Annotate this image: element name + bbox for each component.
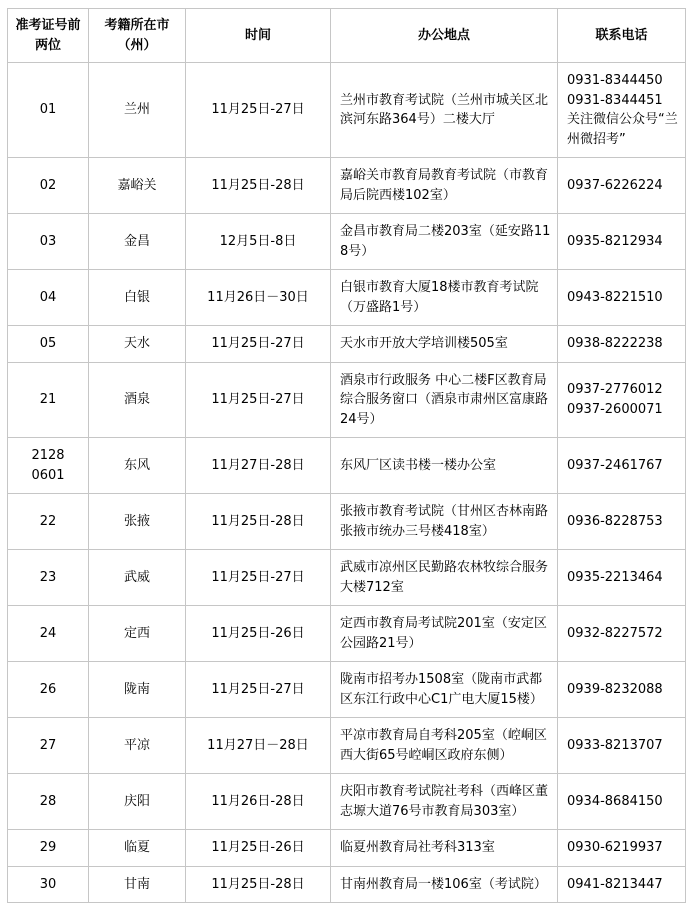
cell-office: 武威市凉州区民勤路农林牧综合服务大楼712室 [331,550,558,606]
cell-office: 定西市教育局考试院201室（安定区公园路21号） [331,606,558,662]
cell-city: 白银 [89,270,186,326]
table-row: 05天水11月25日-27日天水市开放大学培训楼505室0938-8222238 [8,326,686,363]
cell-time: 11月25日-28日 [186,494,331,550]
cell-code: 30 [8,866,89,903]
table-row: 04白银11月26日－30日白银市教育大厦18楼市教育考试院（万盛路1号）094… [8,270,686,326]
cell-office: 天水市开放大学培训楼505室 [331,326,558,363]
header-row: 准考证号前 两位 考籍所在市 （州） 时间 办公地点 联系电话 [8,9,686,63]
table-row: 22张掖11月25日-28日张掖市教育考试院（甘州区杏林南路张掖市统办三号楼41… [8,494,686,550]
cell-office: 甘南州教育局一楼106室（考试院） [331,866,558,903]
header-cell-time: 时间 [186,9,331,63]
cell-code: 04 [8,270,89,326]
table-row: 01兰州11月25日-27日兰州市教育考试院（兰州市城关区北滨河东路364号）二… [8,63,686,158]
cell-code: 2128 0601 [8,438,89,494]
cell-phone: 0937-2776012 0937-2600071 [558,362,686,438]
cell-phone: 0936-8228753 [558,494,686,550]
cell-time: 11月25日-28日 [186,158,331,214]
page: 准考证号前 两位 考籍所在市 （州） 时间 办公地点 联系电话 01兰州11月2… [0,0,692,909]
cell-code: 02 [8,158,89,214]
cell-city: 酒泉 [89,362,186,438]
cell-office: 兰州市教育考试院（兰州市城关区北滨河东路364号）二楼大厅 [331,63,558,158]
table-row: 24定西11月25日-26日定西市教育局考试院201室（安定区公园路21号）09… [8,606,686,662]
table-row: 23武威11月25日-27日武威市凉州区民勤路农林牧综合服务大楼712室0935… [8,550,686,606]
cell-code: 26 [8,662,89,718]
cell-time: 11月25日-27日 [186,662,331,718]
cell-time: 12月5日-8日 [186,214,331,270]
cell-time: 11月25日-27日 [186,362,331,438]
cell-office: 白银市教育大厦18楼市教育考试院（万盛路1号） [331,270,558,326]
cell-time: 11月25日-27日 [186,63,331,158]
cell-phone: 0931-8344450 0931-8344451 关注微信公众号“兰州微招考” [558,63,686,158]
cell-office: 酒泉市行政服务 中心二楼F区教育局综合服务窗口（酒泉市肃州区富康路24号） [331,362,558,438]
cell-time: 11月26日－30日 [186,270,331,326]
cell-code: 28 [8,774,89,830]
cell-city: 天水 [89,326,186,363]
cell-office: 临夏州教育局社考科313室 [331,830,558,867]
cell-code: 29 [8,830,89,867]
cell-time: 11月25日-27日 [186,550,331,606]
cell-office: 张掖市教育考试院（甘州区杏林南路张掖市统办三号楼418室） [331,494,558,550]
cell-office: 金昌市教育局二楼203室（延安路118号） [331,214,558,270]
header-cell-phone: 联系电话 [558,9,686,63]
header-cell-city: 考籍所在市 （州） [89,9,186,63]
cell-phone: 0933-8213707 [558,718,686,774]
cell-phone: 0930-6219937 [558,830,686,867]
cell-phone: 0943-8221510 [558,270,686,326]
cell-code: 01 [8,63,89,158]
cell-phone: 0937-6226224 [558,158,686,214]
cell-city: 庆阳 [89,774,186,830]
table-row: 30甘南11月25日-28日甘南州教育局一楼106室（考试院）0941-8213… [8,866,686,903]
cell-code: 24 [8,606,89,662]
table-row: 2128 0601东风11月27日-28日东风厂区读书楼一楼办公室0937-24… [8,438,686,494]
cell-phone: 0938-8222238 [558,326,686,363]
cell-time: 11月26日-28日 [186,774,331,830]
cell-office: 庆阳市教育考试院社考科（西峰区董志塬大道76号市教育局303室） [331,774,558,830]
cell-office: 嘉峪关市教育局教育考试院（市教育局后院西楼102室） [331,158,558,214]
cell-code: 05 [8,326,89,363]
cell-code: 23 [8,550,89,606]
cell-city: 武威 [89,550,186,606]
cell-office: 平凉市教育局自考科205室（崆峒区西大街65号崆峒区政府东侧） [331,718,558,774]
cell-phone: 0934-8684150 [558,774,686,830]
cell-time: 11月25日-28日 [186,866,331,903]
cell-phone: 0932-8227572 [558,606,686,662]
cell-time: 11月25日-27日 [186,326,331,363]
cell-phone: 0935-2213464 [558,550,686,606]
cell-city: 临夏 [89,830,186,867]
cell-city: 兰州 [89,63,186,158]
table-row: 21酒泉11月25日-27日酒泉市行政服务 中心二楼F区教育局综合服务窗口（酒泉… [8,362,686,438]
cell-phone: 0935-8212934 [558,214,686,270]
table-row: 28庆阳11月26日-28日庆阳市教育考试院社考科（西峰区董志塬大道76号市教育… [8,774,686,830]
table-header: 准考证号前 两位 考籍所在市 （州） 时间 办公地点 联系电话 [8,9,686,63]
table-row: 03金昌12月5日-8日金昌市教育局二楼203室（延安路118号）0935-82… [8,214,686,270]
cell-city: 定西 [89,606,186,662]
cell-phone: 0939-8232088 [558,662,686,718]
cell-time: 11月27日-28日 [186,438,331,494]
table-row: 02嘉峪关11月25日-28日嘉峪关市教育局教育考试院（市教育局后院西楼102室… [8,158,686,214]
cell-code: 21 [8,362,89,438]
cell-phone: 0937-2461767 [558,438,686,494]
table-row: 29临夏11月25日-26日临夏州教育局社考科313室0930-6219937 [8,830,686,867]
cell-city: 甘南 [89,866,186,903]
cell-code: 03 [8,214,89,270]
cell-time: 11月27日－28日 [186,718,331,774]
cell-office: 东风厂区读书楼一楼办公室 [331,438,558,494]
cell-city: 陇南 [89,662,186,718]
cell-city: 平凉 [89,718,186,774]
table-body: 01兰州11月25日-27日兰州市教育考试院（兰州市城关区北滨河东路364号）二… [8,63,686,903]
cell-city: 东风 [89,438,186,494]
cell-city: 嘉峪关 [89,158,186,214]
cell-office: 陇南市招考办1508室（陇南市武都区东江行政中心C1广电大厦15楼） [331,662,558,718]
cell-city: 金昌 [89,214,186,270]
cell-code: 27 [8,718,89,774]
header-cell-office: 办公地点 [331,9,558,63]
header-cell-code: 准考证号前 两位 [8,9,89,63]
cell-time: 11月25日-26日 [186,606,331,662]
cell-city: 张掖 [89,494,186,550]
cell-time: 11月25日-26日 [186,830,331,867]
cell-code: 22 [8,494,89,550]
table-row: 27平凉11月27日－28日平凉市教育局自考科205室（崆峒区西大街65号崆峒区… [8,718,686,774]
cell-phone: 0941-8213447 [558,866,686,903]
exam-registration-table: 准考证号前 两位 考籍所在市 （州） 时间 办公地点 联系电话 01兰州11月2… [7,8,686,903]
table-row: 26陇南11月25日-27日陇南市招考办1508室（陇南市武都区东江行政中心C1… [8,662,686,718]
